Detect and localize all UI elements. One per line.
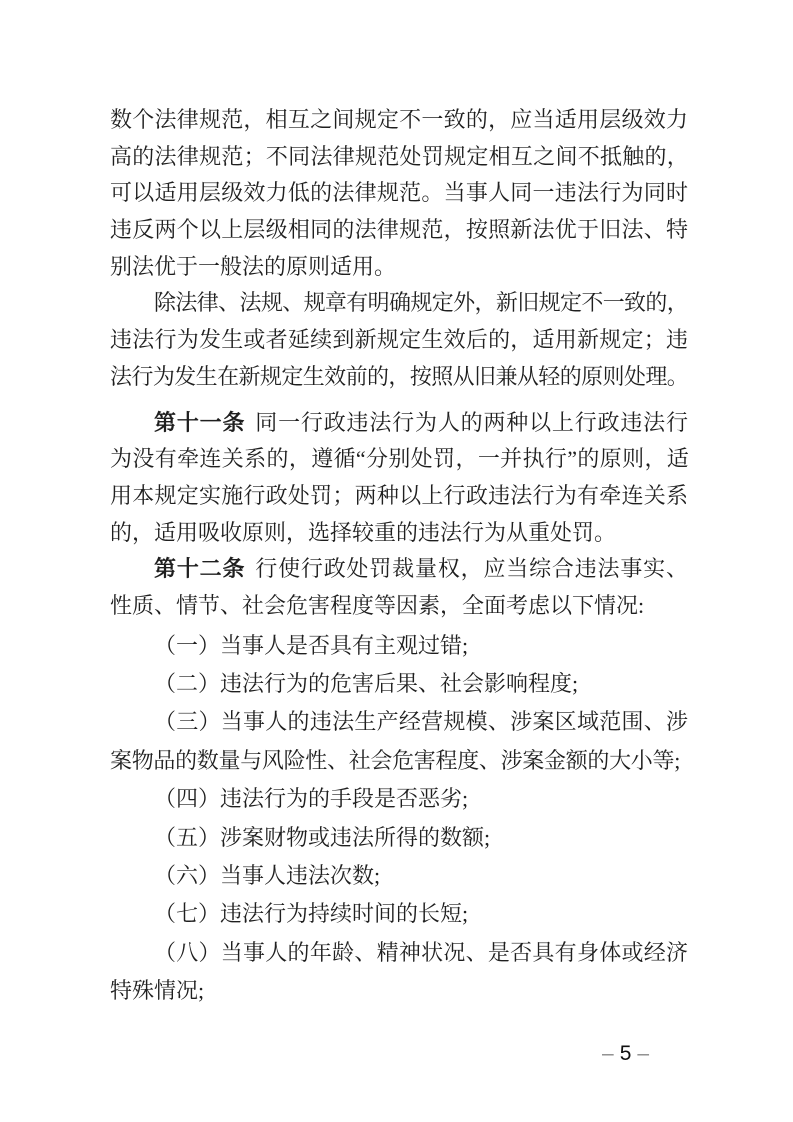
text-line: 数个法律规范，相互之间规定不一致的，应当适用层级效力	[110, 102, 688, 139]
text-line: 第十一条同一行政违法行为人的两种以上行政违法行	[110, 405, 688, 442]
consideration-items-list: （一）当事人是否具有主观过错; （二）违法行为的危害后果、社会影响程度; （三）…	[110, 627, 688, 1011]
text-line: 违法行为发生或者延续到新规定生效后的，适用新规定；违	[110, 322, 688, 359]
list-item: （四）违法行为的手段是否恶劣;	[110, 780, 688, 818]
list-item: （七）违法行为持续时间的长短;	[110, 895, 688, 933]
page-number-dash-left: –	[598, 1042, 620, 1065]
document-page: 数个法律规范，相互之间规定不一致的，应当适用层级效力 高的法律规范；不同法律规范…	[0, 0, 793, 1122]
paragraph-article-11: 第十一条同一行政违法行为人的两种以上行政违法行 为没有牵连关系的，遵循“分别处罚…	[110, 405, 688, 552]
text-line: 高的法律规范；不同法律规范处罚规定相互之间不抵触的，	[110, 139, 688, 176]
paragraph-new-old-rules: 除法律、法规、规章有明确规定外，新旧规定不一致的， 违法行为发生或者延续到新规定…	[110, 285, 688, 395]
list-item: （六）当事人违法次数;	[110, 857, 688, 895]
text-line: 性质、情节、社会危害程度等因素，全面考虑以下情况:	[110, 588, 688, 625]
page-number: –5–	[598, 1041, 655, 1067]
document-text-block: 数个法律规范，相互之间规定不一致的，应当适用层级效力 高的法律规范；不同法律规范…	[110, 102, 688, 1011]
list-item-continuation: 特殊情况;	[110, 972, 688, 1010]
list-item: （三）当事人的违法生产经营规模、涉案区域范围、涉	[110, 703, 688, 741]
text-line: 违反两个以上层级相同的法律规范，按照新法优于旧法、特	[110, 212, 688, 249]
list-item-continuation: 案物品的数量与风险性、社会危害程度、涉案金额的大小等;	[110, 742, 688, 780]
text-line: 用本规定实施行政处罚；两种以上行政违法行为有牵连关系	[110, 478, 688, 515]
article-12-label: 第十二条	[154, 556, 245, 581]
article-11-first-line-text: 同一行政违法行为人的两种以上行政违法行	[255, 410, 688, 435]
list-item: （五）涉案财物或违法所得的数额;	[110, 819, 688, 857]
text-line: 别法优于一般法的原则适用。	[110, 249, 688, 286]
page-number-value: 5	[620, 1042, 634, 1065]
list-item: （二）违法行为的危害后果、社会影响程度;	[110, 665, 688, 703]
text-line: 法行为发生在新规定生效前的，按照从旧兼从轻的原则处理。	[110, 359, 688, 396]
text-line: 除法律、法规、规章有明确规定外，新旧规定不一致的，	[110, 285, 688, 322]
text-line: 第十二条行使行政处罚裁量权，应当综合违法事实、	[110, 551, 688, 588]
list-item: （八）当事人的年龄、精神状况、是否具有身体或经济	[110, 934, 688, 972]
list-item: （一）当事人是否具有主观过错;	[110, 627, 688, 665]
paragraph-continuation: 数个法律规范，相互之间规定不一致的，应当适用层级效力 高的法律规范；不同法律规范…	[110, 102, 688, 285]
page-number-dash-right: –	[633, 1042, 655, 1065]
article-12-first-line-text: 行使行政处罚裁量权，应当综合违法事实、	[255, 556, 688, 581]
text-line: 可以适用层级效力低的法律规范。当事人同一违法行为同时	[110, 175, 688, 212]
paragraph-article-12: 第十二条行使行政处罚裁量权，应当综合违法事实、 性质、情节、社会危害程度等因素，…	[110, 551, 688, 624]
text-line: 为没有牵连关系的，遵循“分别处罚，一并执行”的原则，适	[110, 441, 688, 478]
text-line: 的，适用吸收原则，选择较重的违法行为从重处罚。	[110, 515, 688, 552]
article-11-label: 第十一条	[154, 410, 245, 435]
